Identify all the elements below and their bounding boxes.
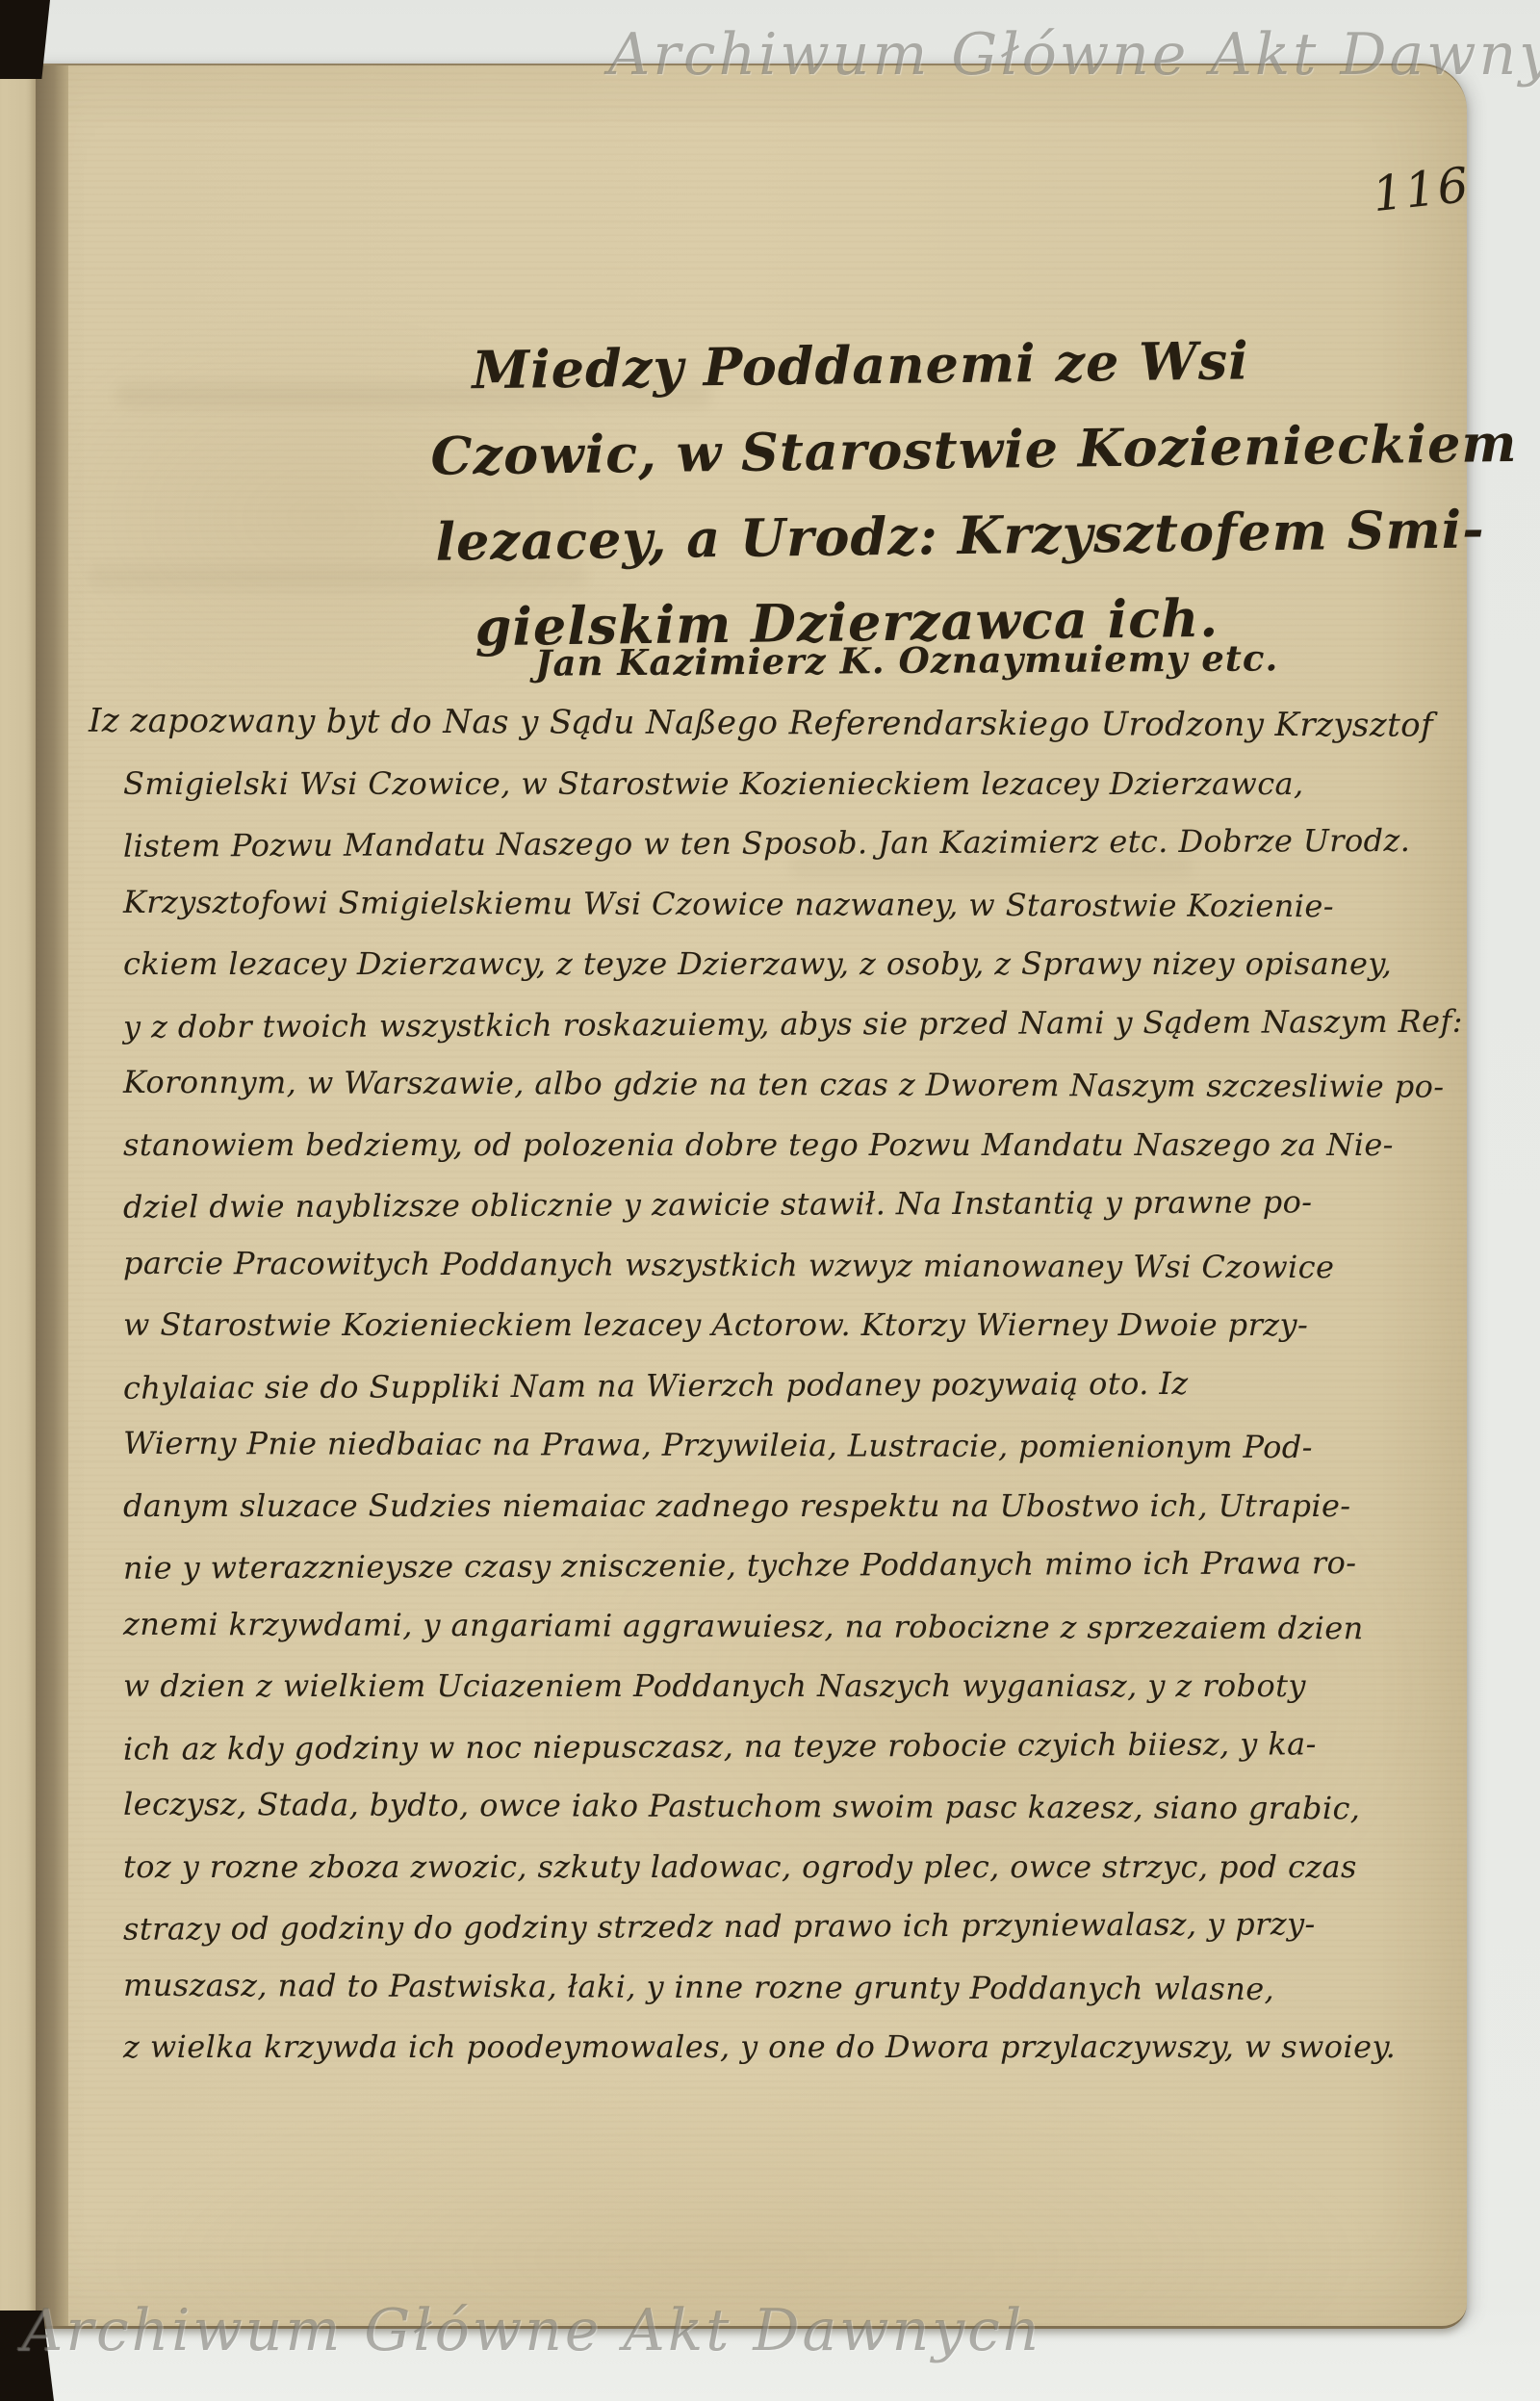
text-line: chylaiac sie do Suppliki Nam na Wierzch … bbox=[123, 1353, 1326, 1418]
text-line: dziel dwie nayblizsze oblicznie y zawici… bbox=[123, 1172, 1326, 1237]
text-line: toz y rozne zboza zwozic, szkuty ladowac… bbox=[123, 1837, 1326, 1898]
archive-watermark-bottom: Archiwum Główne Akt Dawnych bbox=[21, 2297, 1042, 2364]
text-line: Koronnym, w Warszawie, albo gdzie na ten… bbox=[123, 1052, 1326, 1117]
document-body: Iz zapozwany byt do Nas y Sądu Naßego Re… bbox=[123, 693, 1326, 2078]
text-line: leczysz, Stada, bydto, owce iako Pastuch… bbox=[123, 1774, 1326, 1839]
text-line: listem Pozwu Mandatu Naszego w ten Sposo… bbox=[123, 811, 1326, 876]
text-line: parcie Pracowitych Poddanych wszystkich … bbox=[123, 1232, 1326, 1297]
text-line: Wierny Pnie niedbaiac na Prawa, Przywile… bbox=[123, 1413, 1326, 1478]
text-line: stanowiem bedziemy, od polozenia dobre t… bbox=[123, 1115, 1326, 1175]
title-line: Miedzy Poddanemi ze Wsi bbox=[472, 319, 1181, 413]
text-line: w Starostwie Kozienieckiem lezacey Actor… bbox=[123, 1295, 1326, 1355]
manuscript-page: 116 Miedzy Poddanemi ze Wsi Czowic, w St… bbox=[0, 64, 1467, 2329]
title-line: lezacey, a Urodz: Krzysztofem Smi- bbox=[435, 490, 1183, 584]
binding-gutter-shadow bbox=[36, 65, 68, 2326]
text-line: danym sluzace Sudzies niemaiac zadnego r… bbox=[123, 1476, 1326, 1536]
title-line: Czowic, w Starostwie Kozienieckiem bbox=[430, 404, 1182, 500]
text-line: Smigielski Wsi Czowice, w Starostwie Koz… bbox=[123, 754, 1326, 814]
text-line: Iz zapozwany byt do Nas y Sądu Naßego Re… bbox=[89, 691, 1326, 756]
text-line: strazy od godziny do godziny strzedz nad… bbox=[123, 1894, 1326, 1959]
text-line: z wielka krzywda ich poodeymowales, y on… bbox=[123, 2017, 1326, 2078]
text-line: y z dobr twoich wszystkich roskazuiemy, … bbox=[123, 992, 1326, 1057]
folio-number: 116 bbox=[1370, 157, 1473, 222]
text-line: muszasz, nad to Pastwiska, łaki, y inne … bbox=[123, 1954, 1326, 2019]
book-cover-corner-top bbox=[0, 0, 50, 79]
royal-intitulation: Jan Kazimierz K. Oznaymuiemy etc. bbox=[535, 636, 1279, 684]
text-line: znemi krzywdami, y angariami aggrawuiesz… bbox=[123, 1593, 1326, 1658]
archive-watermark-top: Archiwum Główne Akt Dawnych bbox=[608, 21, 1540, 89]
text-line: ckiem lezacey Dzierzawcy, z teyze Dzierz… bbox=[123, 934, 1326, 994]
manuscript-scan: 116 Miedzy Poddanemi ze Wsi Czowic, w St… bbox=[0, 0, 1540, 2401]
underlying-leaf-edge bbox=[0, 65, 36, 2326]
text-line: w dzien z wielkiem Uciazeniem Poddanych … bbox=[123, 1656, 1326, 1717]
text-line: Krzysztofowi Smigielskiemu Wsi Czowice n… bbox=[123, 871, 1326, 936]
document-title: Miedzy Poddanemi ze Wsi Czowic, w Staros… bbox=[429, 319, 1184, 671]
text-line: ich az kdy godziny w noc niepusczasz, na… bbox=[123, 1714, 1326, 1779]
text-line: nie y wterazznieysze czasy znisczenie, t… bbox=[123, 1533, 1326, 1598]
